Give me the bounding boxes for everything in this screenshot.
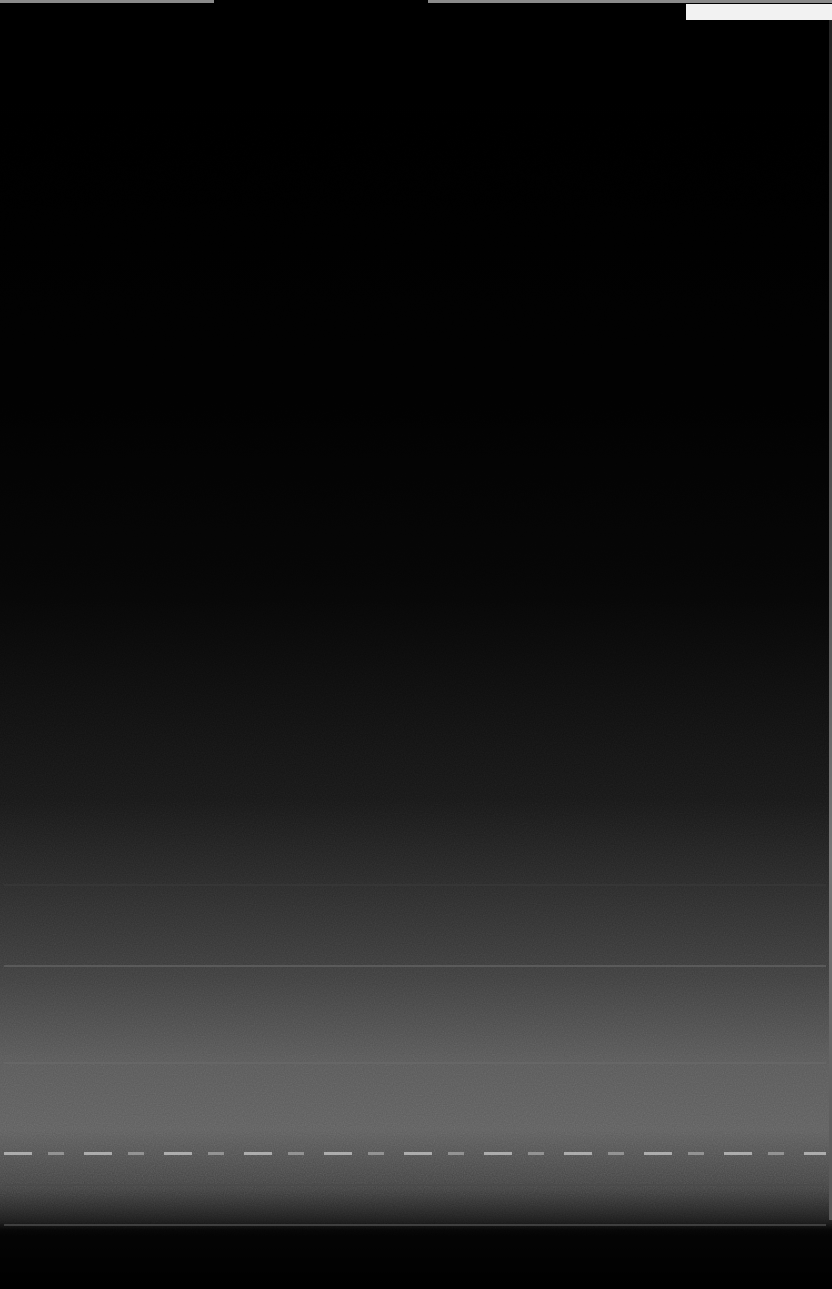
scan-edge-top-left [0, 0, 214, 3]
scan-streak [4, 1184, 826, 1186]
scan-streak [4, 965, 826, 967]
scan-streak-dashed [4, 1152, 826, 1155]
scan-streak [4, 1224, 826, 1226]
scan-edge-corner [686, 4, 832, 20]
scan-edge-top [428, 0, 832, 3]
scan-streak [4, 884, 826, 886]
scan-noise [0, 0, 832, 1289]
scan-streak [4, 1062, 826, 1064]
